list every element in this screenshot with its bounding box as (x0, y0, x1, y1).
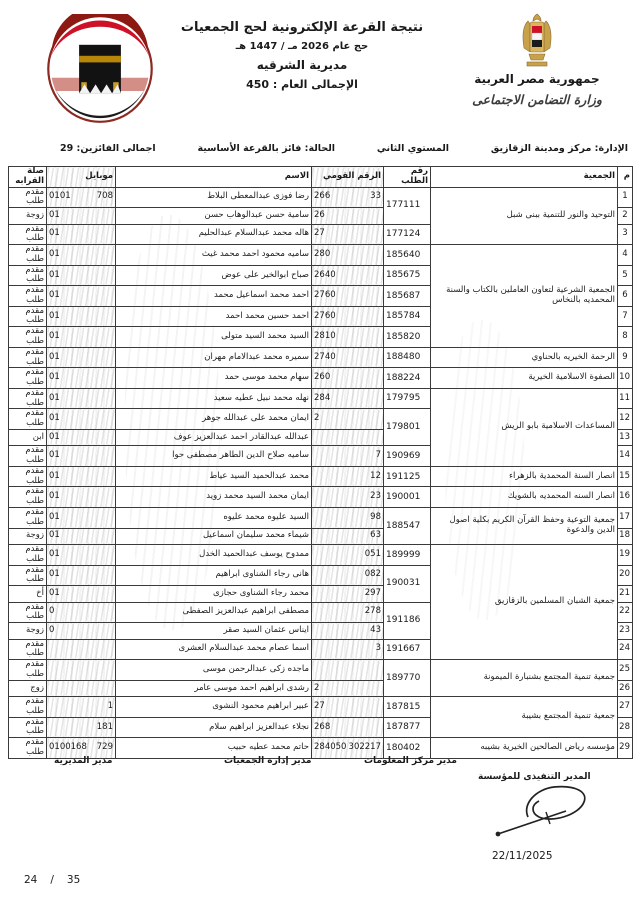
col-header-name: الاسم (116, 167, 312, 188)
national-id (312, 429, 384, 446)
digits-fragment-start: 01 (49, 570, 60, 580)
winner-name: سهام محمد موسى حمد (116, 368, 312, 389)
digits-fragment-start: 01 (49, 271, 60, 281)
mobile-number (47, 639, 116, 660)
relationship: مقدم طلب (9, 602, 47, 623)
digits-fragment-start: 2760 (314, 312, 336, 322)
national-id: 27 (312, 697, 384, 718)
digits-fragment-start: 284050 (314, 743, 346, 753)
national-id: 98 (312, 507, 384, 528)
row-number: 21 (618, 586, 633, 603)
table-row: 19جمعية الشبان المسلمين بالزقازيق1899990… (9, 545, 633, 566)
national-id: 297 (312, 586, 384, 603)
mobile-number: 1 (47, 697, 116, 718)
col-header-rel: صلة القرابه (9, 167, 47, 188)
mobile-number: 0 (47, 623, 116, 640)
request-number: 190969 (384, 446, 431, 467)
mobile-number: 01 (47, 327, 116, 348)
table-row: 1التوحيد والنور للتنمية ببنى شبل17711126… (9, 187, 633, 208)
col-header-assoc: الجمعية (431, 167, 618, 188)
national-id: 43 (312, 623, 384, 640)
digits-fragment-start: 01 (49, 513, 60, 523)
digits-fragment-end: 297 (365, 589, 381, 599)
row-number: 26 (618, 680, 633, 697)
digits-fragment-start: 2760 (314, 291, 336, 301)
national-id: 2760 (312, 306, 384, 327)
request-number: 191186 (384, 602, 431, 639)
association-name: المساعدات الاسلامية بابو الريش (431, 388, 618, 466)
relationship: زوجة (9, 528, 47, 545)
row-number: 29 (618, 738, 633, 759)
winner-name: احمد محمد اسماعيل محمد (116, 286, 312, 307)
request-number: 185820 (384, 327, 431, 348)
sig-executive-manager: المدير التنفيذى للمؤسسة (478, 772, 591, 782)
winner-name: سميره محمد عبدالامام مهران (116, 347, 312, 368)
request-number: 185784 (384, 306, 431, 327)
sig-associations-admin-manager: مدير إدارة الجمعيات (224, 756, 311, 766)
relationship: مقدم طلب (9, 545, 47, 566)
row-number: 22 (618, 602, 633, 623)
col-header-req: رقم الطلب (384, 167, 431, 188)
report-info-row: الإدارة: مركز ومدينة الزقازيق المستوي ال… (8, 143, 632, 163)
table-row: 15انصار السنة المحمدية بالزهراء19112512م… (9, 466, 633, 487)
digits-fragment-start: 0100168 (49, 743, 87, 753)
national-id: 2640 (312, 265, 384, 286)
winners-total-label: اجمالى الفائزين: 29 (60, 143, 156, 163)
table-row: 11المساعدات الاسلامية بابو الريش17979528… (9, 388, 633, 409)
request-number: 179795 (384, 388, 431, 409)
digits-fragment-end: 278 (365, 607, 381, 617)
sig-info-center-manager: مدير مركز المعلومات (364, 756, 457, 766)
winner-name: ساميه صلاح الدين الطاهر مصطفى حوا (116, 446, 312, 467)
relationship: مقدم طلب (9, 660, 47, 681)
row-number: 11 (618, 388, 633, 409)
row-number: 8 (618, 327, 633, 348)
digits-fragment-end: 33 (370, 192, 381, 202)
administration-label: الإدارة: مركز ومدينة الزقازيق (491, 143, 628, 163)
digits-fragment-start: 2 (314, 684, 319, 694)
request-number: 185640 (384, 245, 431, 266)
mobile-number: 01 (47, 347, 116, 368)
association-name: الجمعية الشرعية لتعاون العاملين بالكتاب … (431, 245, 618, 348)
relationship: ابن (9, 429, 47, 446)
relationship: مقدم طلب (9, 738, 47, 759)
mobile-number: 01 (47, 245, 116, 266)
row-number: 28 (618, 717, 633, 738)
request-number: 188224 (384, 368, 431, 389)
table-row: 10الصفوة الاسلامية الخيرية188224260سهام … (9, 368, 633, 389)
relationship: مقدم طلب (9, 368, 47, 389)
national-id: 12 (312, 466, 384, 487)
digits-fragment-start: 01 (49, 531, 60, 541)
digits-fragment-start: 01 (49, 332, 60, 342)
digits-fragment-start: 27 (314, 702, 325, 712)
relationship: زوجة (9, 208, 47, 225)
relationship: مقدم طلب (9, 565, 47, 586)
digits-fragment-start: 01 (49, 451, 60, 461)
winner-name: عبير ابراهيم محمود النشوى (116, 697, 312, 718)
digits-fragment-end: 43 (370, 626, 381, 636)
digits-fragment-end: 7 (376, 451, 381, 461)
winner-name: نهله محمد نبيل عطيه سعيد (116, 388, 312, 409)
row-number: 10 (618, 368, 633, 389)
col-header-nid: الرقم القومي (312, 167, 384, 188)
col-header-num: م (618, 167, 633, 188)
request-number: 189999 (384, 545, 431, 566)
mobile-number: 01 (47, 545, 116, 566)
national-id: 2 (312, 680, 384, 697)
row-number: 18 (618, 528, 633, 545)
request-number: 185675 (384, 265, 431, 286)
hajj-lottery-logo (44, 14, 156, 124)
request-number: 188480 (384, 347, 431, 368)
relationship: مقدم طلب (9, 286, 47, 307)
national-id: 2760 (312, 286, 384, 307)
association-name: الصفوة الاسلامية الخيرية (431, 368, 618, 389)
row-number: 7 (618, 306, 633, 327)
digits-fragment-start: 26 (314, 211, 325, 221)
digits-fragment-end: 051 (365, 550, 381, 560)
digits-fragment-start: 01 (49, 472, 60, 482)
row-number: 15 (618, 466, 633, 487)
document-title: نتيجة القرعة الإلكترونية لحج الجمعيات (168, 20, 436, 35)
mobile-number: 01 (47, 224, 116, 245)
table-row: 16انصار السنه المحمديه بالشويك19000123اي… (9, 487, 633, 508)
national-id: 7 (312, 446, 384, 467)
request-number: 191667 (384, 639, 431, 660)
digits-fragment-end: 302217 (349, 743, 381, 753)
national-id: 27 (312, 224, 384, 245)
winners-table-head: مالجمعيةرقم الطلبالرقم القوميالاسمموبايل… (9, 167, 633, 188)
request-number: 190031 (384, 565, 431, 602)
digits-fragment-start: 284 (314, 394, 330, 404)
digits-fragment-start: 2810 (314, 332, 336, 342)
national-id: 280 (312, 245, 384, 266)
mobile-number: 01 (47, 409, 116, 430)
request-number: 190001 (384, 487, 431, 508)
mobile-number: 181 (47, 717, 116, 738)
ministry-block: جمهورية مصر العربية وزارة التضامن الاجتم… (452, 12, 622, 107)
association-name: جمعية تنمية المجتمع بشنبارة الميمونة (431, 660, 618, 697)
relationship: مقدم طلب (9, 306, 47, 327)
mobile-number: 01 (47, 446, 116, 467)
national-id: 2810 (312, 327, 384, 348)
digits-fragment-start: 01 (49, 589, 60, 599)
page-separator: / (50, 874, 54, 886)
mobile-number: 01 (47, 265, 116, 286)
signature-scribble (486, 782, 598, 842)
relationship: مقدم طلب (9, 327, 47, 348)
request-number: 189770 (384, 660, 431, 697)
relationship: زوج (9, 680, 47, 697)
row-number: 3 (618, 224, 633, 245)
national-id: 2 (312, 409, 384, 430)
mobile-number (47, 680, 116, 697)
row-number: 1 (618, 187, 633, 208)
grand-total: الإجمالى العام : 450 (168, 78, 436, 91)
association-name: جمعية التوعية وحفظ القرآن الكريم بكلية ا… (431, 507, 618, 544)
row-number: 19 (618, 545, 633, 566)
relationship: مقدم طلب (9, 487, 47, 508)
national-id (312, 660, 384, 681)
table-row: 17جمعية التوعية وحفظ القرآن الكريم بكلية… (9, 507, 633, 528)
relationship: مقدم طلب (9, 639, 47, 660)
table-row: 4الجمعية الشرعية لتعاون العاملين بالكتاب… (9, 245, 633, 266)
sig-directorate-manager: مدير المديرية (54, 756, 112, 766)
digits-fragment-start: 2 (314, 414, 319, 424)
request-number: 177124 (384, 224, 431, 245)
relationship: مقدم طلب (9, 409, 47, 430)
digits-fragment-start: 01 (49, 414, 60, 424)
row-number: 16 (618, 487, 633, 508)
digits-fragment-start: 2740 (314, 353, 336, 363)
request-number: 187877 (384, 717, 431, 738)
row-number: 24 (618, 639, 633, 660)
digits-fragment-end: 12 (370, 472, 381, 482)
national-id: 3 (312, 639, 384, 660)
relationship: مقدم طلب (9, 224, 47, 245)
digits-fragment-start: 2640 (314, 271, 336, 281)
row-number: 25 (618, 660, 633, 681)
relationship: مقدم طلب (9, 388, 47, 409)
association-name: جمعية تنمية المجتمع بشيبة (431, 697, 618, 738)
winner-name: سامية حسن عبدالوهاب حسن (116, 208, 312, 225)
digits-fragment-end: 23 (370, 492, 381, 502)
egypt-eagle-icon (516, 12, 558, 68)
winner-name: ماجده زكى عبدالرحمن موسى (116, 660, 312, 681)
national-id: 051 (312, 545, 384, 566)
mobile-number: 0 (47, 602, 116, 623)
relationship: مقدم طلب (9, 265, 47, 286)
row-number: 5 (618, 265, 633, 286)
winner-name: شيماء محمد سليمان اسماعيل (116, 528, 312, 545)
hajj-year-line: حج عام 2026 مـ / 1447 هـ (168, 41, 436, 52)
mobile-number: 01 (47, 388, 116, 409)
row-number: 13 (618, 429, 633, 446)
association-name: التوحيد والنور للتنمية ببنى شبل (431, 187, 618, 245)
row-number: 20 (618, 565, 633, 586)
digits-fragment-start: 280 (314, 250, 330, 260)
relationship: مقدم طلب (9, 187, 47, 208)
national-id: 26 (312, 208, 384, 225)
association-name: مؤسسه رياض الصالحين الخيرية بشيبه (431, 738, 618, 759)
request-number: 177111 (384, 187, 431, 224)
winner-name: ايناس عثمان السيد صقر (116, 623, 312, 640)
digits-fragment-end: 729 (97, 743, 113, 753)
row-number: 14 (618, 446, 633, 467)
winners-table: مالجمعيةرقم الطلبالرقم القوميالاسمموبايل… (8, 166, 633, 759)
page-total: 35 (67, 874, 80, 886)
digits-fragment-start: 01 (49, 229, 60, 239)
row-number: 27 (618, 697, 633, 718)
winner-name: ايمان محمد السيد محمد زويد (116, 487, 312, 508)
mobile-number: 01 (47, 208, 116, 225)
page-number: 24 / 35 (24, 874, 80, 886)
relationship: مقدم طلب (9, 245, 47, 266)
digits-fragment-start: 01 (49, 373, 60, 383)
row-number: 9 (618, 347, 633, 368)
row-number: 23 (618, 623, 633, 640)
request-number: 185687 (384, 286, 431, 307)
digits-fragment-end: 082 (365, 570, 381, 580)
mobile-number: 01 (47, 586, 116, 603)
mobile-number: 01 (47, 306, 116, 327)
national-id: 082 (312, 565, 384, 586)
winner-name: السيد عليوه محمد عليوه (116, 507, 312, 528)
row-number: 2 (618, 208, 633, 225)
national-id: 260 (312, 368, 384, 389)
mobile-number: 01 (47, 565, 116, 586)
winner-name: اسما عصام محمد عبدالسلام العشرى (116, 639, 312, 660)
relationship: مقدم طلب (9, 466, 47, 487)
national-id: 278 (312, 602, 384, 623)
document-page: نتيجة القرعة الإلكترونية لحج الجمعيات حج… (0, 0, 640, 904)
national-id: 23 (312, 487, 384, 508)
digits-fragment-start: 01 (49, 291, 60, 301)
winner-name: رضا فوزى عبدالمعطى البلاط (116, 187, 312, 208)
relationship: مقدم طلب (9, 697, 47, 718)
directorate-name: مديرية الشرقيه (168, 58, 436, 72)
mobile-number: 0101708 (47, 187, 116, 208)
winner-name: صباح ابوالخير على عوض (116, 265, 312, 286)
relationship: مقدم طلب (9, 446, 47, 467)
winner-name: ايمان محمد على عبدالله جوهر (116, 409, 312, 430)
relationship: زوجة (9, 623, 47, 640)
row-number: 6 (618, 286, 633, 307)
table-row: 25جمعية تنمية المجتمع بشنبارة الميمونة18… (9, 660, 633, 681)
digits-fragment-start: 01 (49, 394, 60, 404)
winner-name: هانى رجاء الشناوى ابراهيم (116, 565, 312, 586)
winner-name: احمد حسين محمد احمد (116, 306, 312, 327)
association-name: جمعية الشبان المسلمين بالزقازيق (431, 545, 618, 660)
digits-fragment-start: 260 (314, 373, 330, 383)
relationship: مقدم طلب (9, 717, 47, 738)
winner-name: رشدى ابراهيم احمد موسى عامر (116, 680, 312, 697)
winner-name: محمد رجاء الشناوى حجازى (116, 586, 312, 603)
digits-fragment-end: 708 (97, 192, 113, 202)
digits-fragment-start: 01 (49, 353, 60, 363)
report-date: 22/11/2025 (492, 850, 553, 862)
association-name: انصار السنه المحمديه بالشويك (431, 487, 618, 508)
digits-fragment-start: 01 (49, 211, 60, 221)
digits-fragment-end: 1 (108, 702, 113, 712)
national-id: 284 (312, 388, 384, 409)
digits-fragment-start: 0 (49, 607, 54, 617)
republic-name: جمهورية مصر العربية (452, 72, 622, 86)
relationship: أخ (9, 586, 47, 603)
status-label: الحالة: فائز بالقرعة الأساسية (198, 143, 335, 163)
relationship: مقدم طلب (9, 507, 47, 528)
digits-fragment-start: 0101 (49, 192, 71, 202)
request-number: 179801 (384, 409, 431, 446)
national-id: 2740 (312, 347, 384, 368)
table-row: 9الرحمة الخيريه بالحناوي1884802740سميره … (9, 347, 633, 368)
winner-name: السيد محمد السيد متولى (116, 327, 312, 348)
row-number: 4 (618, 245, 633, 266)
association-name: انصار السنة المحمدية بالزهراء (431, 466, 618, 487)
digits-fragment-start: 268 (314, 723, 330, 733)
digits-fragment-start: 01 (49, 492, 60, 502)
digits-fragment-end: 181 (97, 723, 113, 733)
national-id: 268 (312, 717, 384, 738)
winner-name: هاله محمد عبدالسلام عبدالحليم (116, 224, 312, 245)
digits-fragment-end: 63 (370, 531, 381, 541)
digits-fragment-start: 01 (49, 312, 60, 322)
winner-name: عبدالله عبدالقادر احمد عبدالعزيز عوف (116, 429, 312, 446)
mobile-number (47, 660, 116, 681)
winner-name: محمد عبدالحميد السيد عياط (116, 466, 312, 487)
ministry-name: وزارة التضامن الاجتماعى (452, 92, 622, 107)
mobile-number: 01 (47, 466, 116, 487)
digits-fragment-start: 266 (314, 192, 330, 202)
table-row: 27جمعية تنمية المجتمع بشيبة18781527عبير … (9, 697, 633, 718)
digits-fragment-end: 98 (370, 513, 381, 523)
digits-fragment-start: 27 (314, 229, 325, 239)
col-header-mob: موبايل (47, 167, 116, 188)
association-name: الرحمة الخيريه بالحناوي (431, 347, 618, 368)
request-number: 191125 (384, 466, 431, 487)
digits-fragment-start: 01 (49, 433, 60, 443)
national-id: 26633 (312, 187, 384, 208)
request-number: 188547 (384, 507, 431, 544)
document-title-block: نتيجة القرعة الإلكترونية لحج الجمعيات حج… (168, 20, 436, 91)
national-id: 63 (312, 528, 384, 545)
mobile-number: 01 (47, 528, 116, 545)
request-number: 187815 (384, 697, 431, 718)
winner-name: نجلاء عبدالعزيز ابراهيم سلام (116, 717, 312, 738)
winner-name: ساميه محمود احمد محمد غيث (116, 245, 312, 266)
digits-fragment-start: 0 (49, 626, 54, 636)
digits-fragment-end: 3 (376, 644, 381, 654)
page-current: 24 (24, 874, 37, 886)
mobile-number: 01 (47, 429, 116, 446)
mobile-number: 01 (47, 507, 116, 528)
mobile-number: 01 (47, 487, 116, 508)
level-label: المستوي الثاني (377, 143, 449, 163)
mobile-number: 01 (47, 368, 116, 389)
mobile-number: 01 (47, 286, 116, 307)
winner-name: ممدوح يوسف عبدالحميد الخدل (116, 545, 312, 566)
digits-fragment-start: 01 (49, 550, 60, 560)
digits-fragment-start: 01 (49, 250, 60, 260)
winner-name: مصطفى ابراهيم عبدالعزيز الصفطى (116, 602, 312, 623)
row-number: 17 (618, 507, 633, 528)
relationship: مقدم طلب (9, 347, 47, 368)
row-number: 12 (618, 409, 633, 430)
